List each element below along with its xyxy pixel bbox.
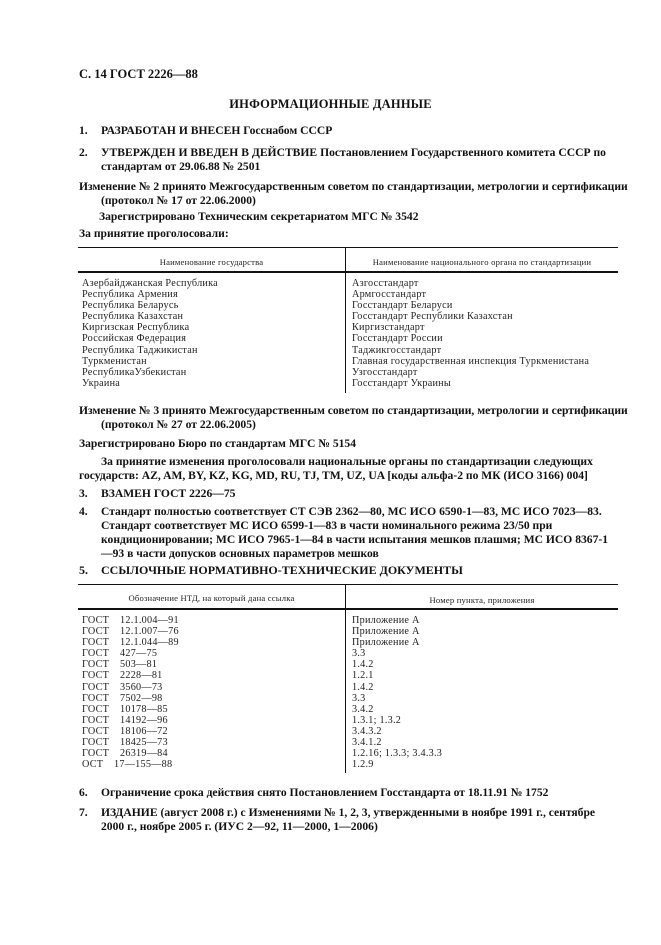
item-3: 3. ВЗАМЕН ГОСТ 2226—75 <box>79 487 619 501</box>
item-6: 6. Ограничение срока действия снято Пост… <box>79 786 619 800</box>
table-cell-body: Госстандарт Республики Казахстан <box>352 311 589 322</box>
table-cell-body: Главная государственная инспекция Туркме… <box>352 356 589 367</box>
page-header: С. 14 ГОСТ 2226—88 <box>79 67 198 82</box>
voting-table: Наименование государства Наименование на… <box>78 247 618 393</box>
item-7-text: (август 2008 г.) с Изменениями № 1, 2, 3… <box>101 806 595 833</box>
table-cell-clause: 1.2.1 <box>352 670 442 681</box>
item-1: 1. РАЗРАБОТАН И ВНЕСЕН Госснабом СССР <box>79 124 619 138</box>
table-cell-state: Республика Казахстан <box>82 311 218 322</box>
col-header-state: Наименование государства <box>78 257 345 267</box>
table-header-rule <box>78 608 618 610</box>
table-cell-body: Госстандарт России <box>352 333 589 344</box>
table-cell-clause: Приложение А <box>352 637 442 648</box>
table-cell-state: Туркменистан <box>82 356 218 367</box>
col-header-clause: Номер пункта, приложения <box>346 595 618 605</box>
table-cell-clause: Приложение А <box>352 626 442 637</box>
table-header-rule <box>78 271 618 273</box>
table-cell-clause: 3.4.2 <box>352 704 442 715</box>
table-cell-document: ГОСТ3560—73 <box>82 682 179 693</box>
item-7: 7. ИЗДАНИЕ (август 2008 г.) с Изменениям… <box>79 806 619 834</box>
table-cell-state: РеспубликаУзбекистан <box>82 367 218 378</box>
reference-documents-table: Обозначение НТД, на который дана ссылка … <box>78 584 618 773</box>
col-header-body: Наименование национального органа по ста… <box>346 257 618 267</box>
bodies-column: АзгосстандартАрмгосстандартГосстандарт Б… <box>352 278 589 389</box>
table-cell-document: ГОСТ26319—84 <box>82 748 179 759</box>
table-cell-clause: 3.3 <box>352 693 442 704</box>
table-cell-state: Республика Армения <box>82 289 218 300</box>
table-cell-clause: 1.2.9 <box>352 759 442 770</box>
document-page: С. 14 ГОСТ 2226—88 ИНФОРМАЦИОННЫЕ ДАННЫЕ… <box>0 0 661 945</box>
table-cell-document: ГОСТ14192—96 <box>82 715 179 726</box>
column-divider <box>345 584 346 773</box>
table-cell-document: ГОСТ12.1.044—89 <box>82 637 179 648</box>
change-3-voted: За принятие изменения проголосовали наци… <box>79 455 619 483</box>
table-cell-clause: 1.2.16; 1.3.3; 3.4.3.3 <box>352 748 442 759</box>
table-cell-body: Госстандарт Беларуси <box>352 300 589 311</box>
item-1-text: Госснабом СССР <box>240 124 332 137</box>
table-cell-document: ГОСТ10178—85 <box>82 704 179 715</box>
table-cell-state: Республика Беларусь <box>82 300 218 311</box>
item-6-text: Ограничение срока действия снято Постано… <box>101 786 619 800</box>
item-4: 4. Стандарт полностью соответствует СТ С… <box>79 505 619 561</box>
table-cell-body: Армгосстандарт <box>352 289 589 300</box>
table-top-rule <box>78 247 618 248</box>
change-2-registration: Зарегистрировано Техническим секретариат… <box>99 210 639 224</box>
item-7-lead: ИЗДАНИЕ <box>101 806 158 819</box>
item-5-text: ССЫЛОЧНЫЕ НОРМАТИВНО-ТЕХНИЧЕСКИЕ ДОКУМЕН… <box>101 563 619 577</box>
table-cell-clause: 3.4.3.2 <box>352 726 442 737</box>
change-3-note: Изменение № 3 принято Межгосударственным… <box>79 404 641 432</box>
voted-label: За принятие проголосовали: <box>79 227 619 241</box>
table-cell-state: Украина <box>82 378 218 389</box>
table-cell-clause: 3.4.1.2 <box>352 737 442 748</box>
table-top-rule <box>78 584 618 585</box>
table-cell-state: Киргизская Республика <box>82 322 218 333</box>
item-5: 5. ССЫЛОЧНЫЕ НОРМАТИВНО-ТЕХНИЧЕСКИЕ ДОКУ… <box>79 563 619 577</box>
table-cell-document: ГОСТ427—75 <box>82 648 179 659</box>
item-2-lead: УТВЕРЖДЕН И ВВЕДЕН В ДЕЙСТВИЕ <box>101 146 317 159</box>
table-cell-body: Госстандарт Украины <box>352 378 589 389</box>
table-cell-clause: 1.4.2 <box>352 682 442 693</box>
change-2-note: Изменение № 2 принято Межгосударственным… <box>79 180 641 208</box>
item-3-text: ВЗАМЕН ГОСТ 2226—75 <box>101 487 619 501</box>
documents-column: ГОСТ12.1.004—91ГОСТ12.1.007—76ГОСТ12.1.0… <box>82 615 179 770</box>
item-1-lead: РАЗРАБОТАН И ВНЕСЕН <box>101 124 240 137</box>
clauses-column: Приложение АПриложение АПриложение А3.31… <box>352 615 442 770</box>
table-cell-document: ГОСТ2228—81 <box>82 670 179 681</box>
table-cell-document: ГОСТ12.1.007—76 <box>82 626 179 637</box>
table-cell-clause: Приложение А <box>352 615 442 626</box>
table-cell-clause: 1.3.1; 1.3.2 <box>352 715 442 726</box>
table-cell-body: Киргизстандарт <box>352 322 589 333</box>
table-cell-state: Российская Федерация <box>82 333 218 344</box>
table-cell-clause: 3.3 <box>352 648 442 659</box>
table-cell-document: ГОСТ7502—98 <box>82 693 179 704</box>
table-cell-document: ГОСТ18106—72 <box>82 726 179 737</box>
states-column: Азербайджанская РеспубликаРеспублика Арм… <box>82 278 218 389</box>
table-cell-body: Таджикгосстандарт <box>352 345 589 356</box>
table-cell-document: ГОСТ503—81 <box>82 659 179 670</box>
column-divider <box>345 247 346 393</box>
table-cell-body: Азгосстандарт <box>352 278 589 289</box>
col-header-document: Обозначение НТД, на который дана ссылка <box>78 593 345 603</box>
item-2: 2. УТВЕРЖДЕН И ВВЕДЕН В ДЕЙСТВИЕ Постано… <box>79 146 619 174</box>
table-cell-document: ГОСТ12.1.004—91 <box>82 615 179 626</box>
table-cell-document: ОСТ17—155—88 <box>82 759 179 770</box>
section-title: ИНФОРМАЦИОННЫЕ ДАННЫЕ <box>0 97 661 112</box>
table-cell-body: Узгосстандарт <box>352 367 589 378</box>
table-cell-clause: 1.4.2 <box>352 659 442 670</box>
item-4-text: Стандарт полностью соответствует СТ СЭВ … <box>101 505 619 561</box>
table-cell-state: Азербайджанская Республика <box>82 278 218 289</box>
change-3-registration: Зарегистрировано Бюро по стандартам МГС … <box>79 437 619 451</box>
table-cell-document: ГОСТ18425—73 <box>82 737 179 748</box>
table-cell-state: Республика Таджикистан <box>82 345 218 356</box>
